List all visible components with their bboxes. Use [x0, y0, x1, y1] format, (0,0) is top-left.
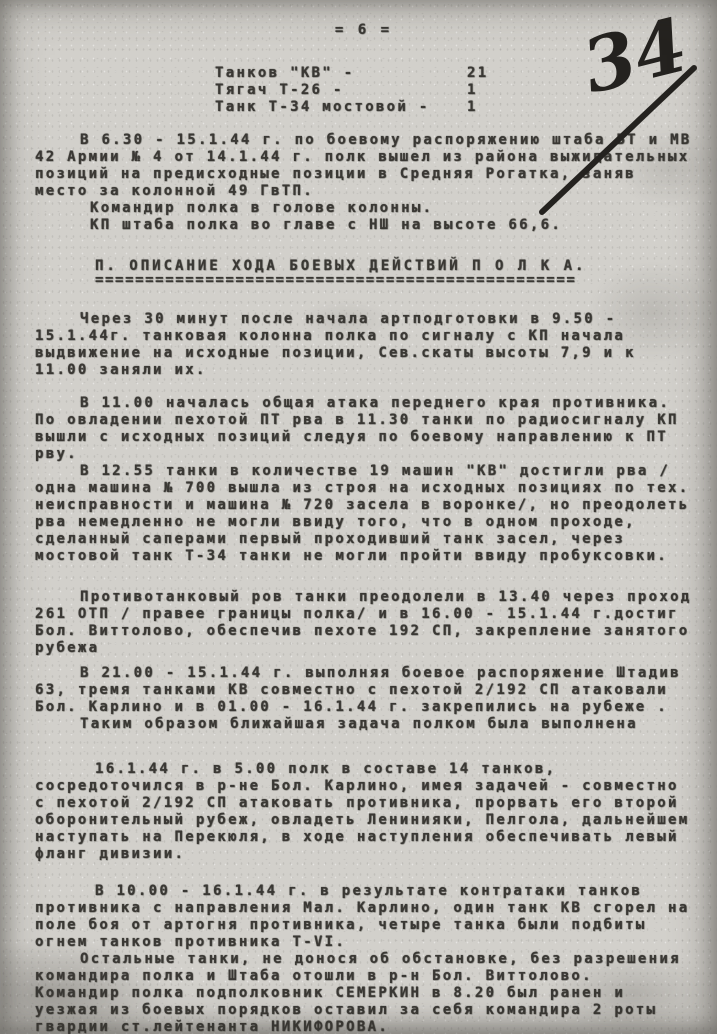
equipment-name: Танк Т-34 мостовой - [215, 99, 467, 116]
equipment-count: 1 [467, 99, 478, 116]
equipment-name: Танков "КВ" - [215, 65, 467, 82]
heading-underline: ========================================… [95, 274, 692, 287]
equipment-count: 1 [467, 82, 478, 99]
paragraph: 16.1.44 г. в 5.00 полк в составе 14 танк… [35, 761, 692, 863]
equipment-list: Танков "КВ" - 21 Тягач Т-26 - 1 Танк Т-3… [215, 65, 692, 116]
staff-position-line: КП штаба полка во главе с НШ на высоте 6… [90, 217, 692, 234]
equipment-row: Тягач Т-26 - 1 [215, 82, 692, 99]
page-number: = 6 = [35, 22, 692, 39]
equipment-row: Танк Т-34 мостовой - 1 [215, 99, 692, 116]
equipment-name: Тягач Т-26 - [215, 82, 467, 99]
paragraph: Таким образом ближайшая задача полком бы… [35, 716, 692, 733]
opening-paragraph: В 6.30 - 15.1.44 г. по боевому распоряже… [35, 132, 692, 200]
commander-position-line: Командир полка в голове колонны. [90, 200, 692, 217]
document-page: = 6 = Танков "КВ" - 21 Тягач Т-26 - 1 Та… [0, 0, 717, 1034]
equipment-count: 21 [467, 65, 488, 82]
equipment-row: Танков "КВ" - 21 [215, 65, 692, 82]
paragraph: Противотанковый ров танки преодолели в 1… [35, 589, 692, 657]
paragraph: Через 30 минут после начала артподготовк… [35, 311, 692, 379]
paragraph: Командир полка подполковник СЕМЕРКИН в 8… [35, 985, 692, 1034]
paragraph: В 11.00 началась общая атака переднего к… [35, 395, 692, 463]
paragraph: В 12.55 танки в количестве 19 машин "КВ"… [35, 463, 692, 565]
paragraph: Остальные танки, не донося об обстановке… [35, 951, 692, 985]
paragraph: В 21.00 - 15.1.44 г. выполняя боевое рас… [35, 665, 692, 716]
paragraph: В 10.00 - 16.1.44 г. в результате контра… [35, 883, 692, 951]
